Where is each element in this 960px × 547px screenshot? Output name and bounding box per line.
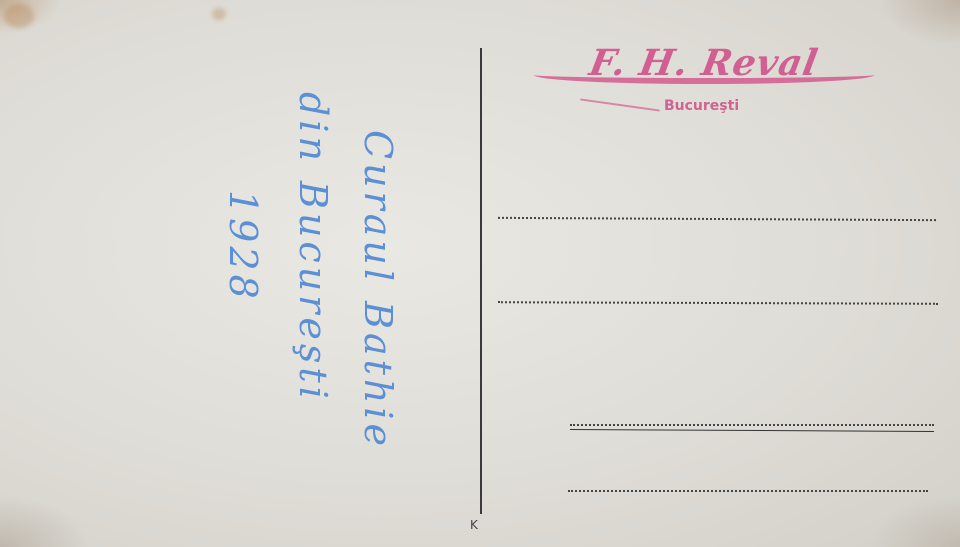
center-divider [480, 48, 482, 514]
age-stain [4, 4, 34, 28]
address-line-1 [498, 217, 936, 221]
address-line-4 [568, 490, 928, 492]
age-stain [212, 8, 226, 20]
stamp-underline [580, 98, 659, 111]
handwritten-line-3: 1928 [221, 190, 265, 303]
printer-mark: K [470, 518, 478, 532]
stamp-publisher: F. H. Reval [586, 42, 821, 84]
handwritten-line-2: din Bucureşti [291, 92, 335, 403]
address-line-2 [498, 301, 938, 305]
handwritten-line-1: Curaul Bathie [356, 130, 400, 450]
address-line-3 [570, 424, 934, 426]
address-underline [570, 429, 934, 432]
postcard-back: Curaul Bathie din Bucureşti 1928 K F. H.… [0, 0, 960, 547]
publisher-stamp: F. H. Reval Bucureşti [530, 40, 890, 140]
stamp-city: Bucureşti [664, 98, 739, 114]
